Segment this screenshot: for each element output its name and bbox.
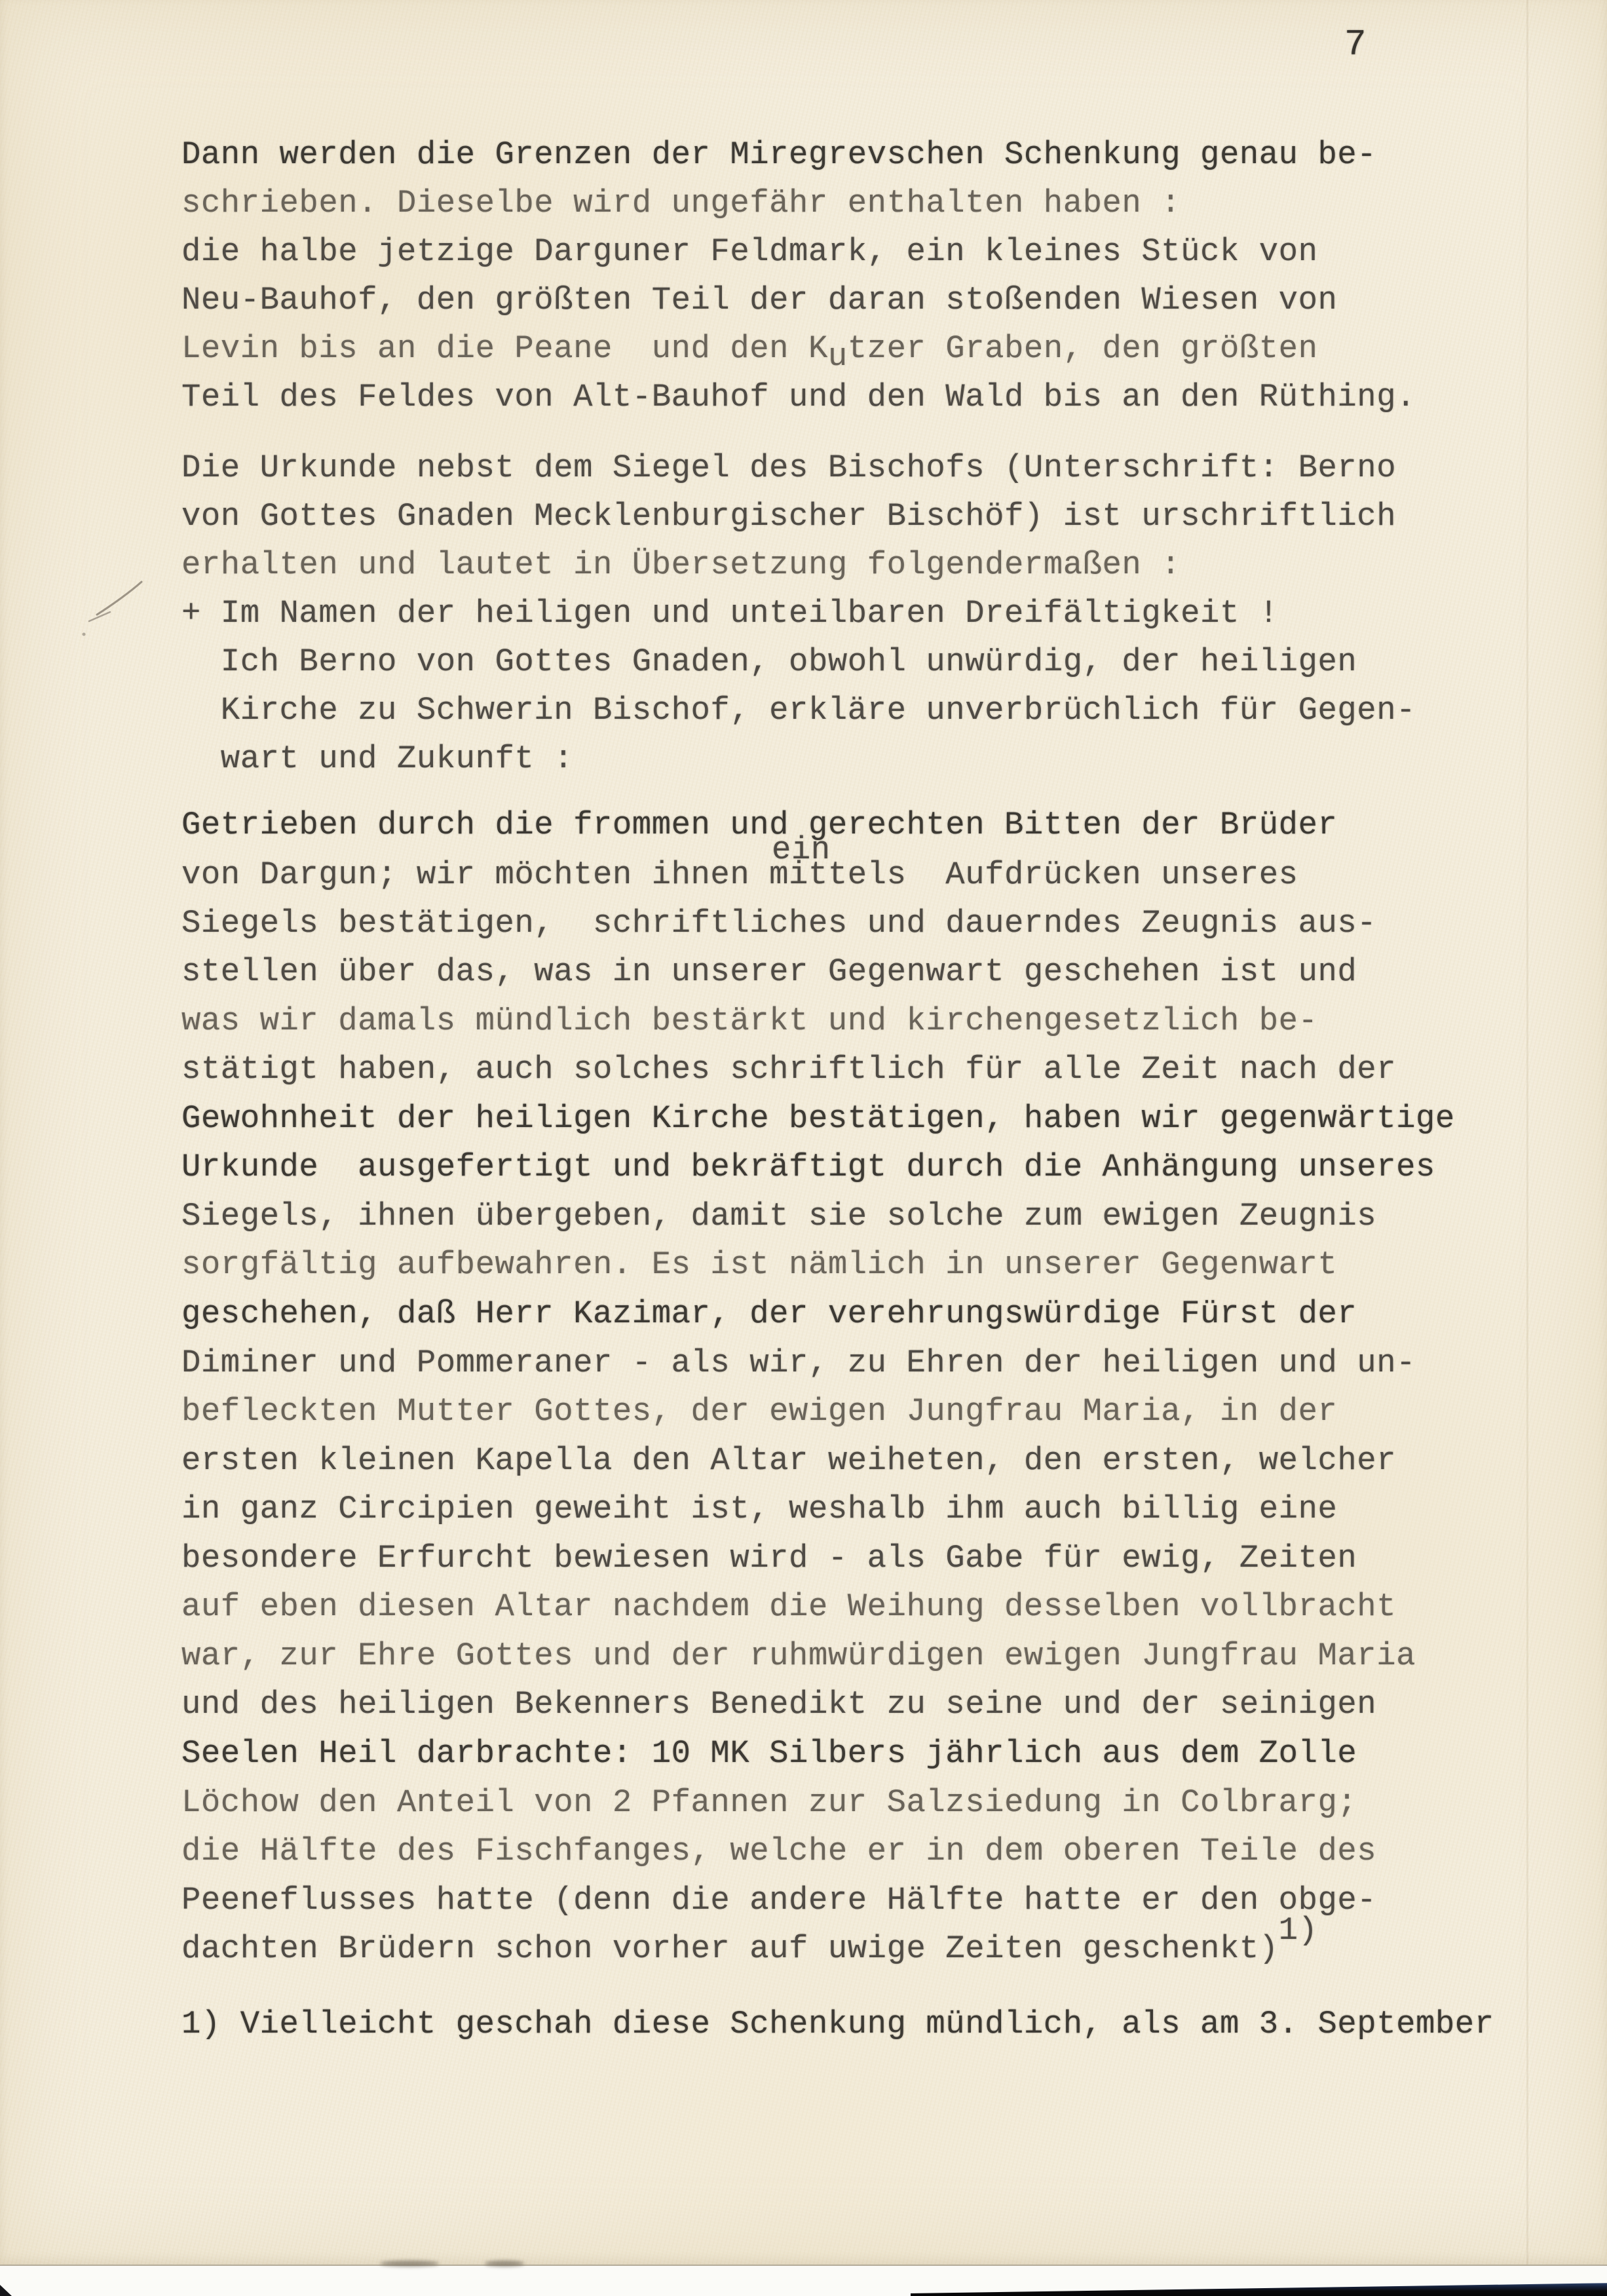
text-line: Gewohnheit der heiligen Kirche bestätige… xyxy=(181,1098,1455,1139)
text-line: in ganz Circipien geweiht ist, weshalb i… xyxy=(181,1489,1337,1529)
text-line: Siegels, ihnen übergeben, damit sie solc… xyxy=(181,1196,1376,1236)
paper-sheet: 7 Dann werden die Grenzen der Miregrevsc… xyxy=(0,0,1607,2266)
text-line: stätigt haben, auch solches schriftlich … xyxy=(181,1049,1396,1090)
text-line: geschehen, daß Herr Kazimar, der verehru… xyxy=(181,1293,1357,1334)
text-line: Dann werden die Grenzen der Miregrevsche… xyxy=(181,134,1376,175)
text-line: sorgfältig aufbewahren. Es ist nämlich i… xyxy=(181,1244,1337,1285)
text-line: Löchow den Anteil von 2 Pfannen zur Salz… xyxy=(181,1782,1357,1823)
text-line: dachten Brüdern schon vorher auf uwige Z… xyxy=(181,1928,1317,1969)
text-line: Teil des Feldes von Alt-Bauhof und den W… xyxy=(181,377,1416,417)
margin-pen-mark xyxy=(73,571,159,650)
paper-edge-smudge xyxy=(485,2261,524,2267)
text-line: Kirche zu Schwerin Bischof, erkläre unve… xyxy=(181,690,1416,731)
text-line: Peeneflusses hatte (denn die andere Hälf… xyxy=(181,1880,1376,1921)
line-segment: dachten Brüdern schon vorher auf uwige Z… xyxy=(181,1930,1279,1967)
text-line: von Dargun; wir möchten ihnen mittels Au… xyxy=(181,854,1298,895)
text-line: Seelen Heil darbrachte: 10 MK Silbers jä… xyxy=(181,1733,1357,1774)
text-line: Neu-Bauhof, den größten Teil der daran s… xyxy=(181,280,1337,320)
text-line: die Hälfte des Fischfanges, welche er in… xyxy=(181,1831,1376,1871)
line-segment: Levin bis an die Peane und den K xyxy=(181,330,828,367)
line-segment: tzer Graben, den größten xyxy=(848,330,1318,367)
text-line: Ich Berno von Gottes Gnaden, obwohl unwü… xyxy=(181,641,1357,682)
scanned-document: 7 Dann werden die Grenzen der Miregrevsc… xyxy=(0,0,1607,2296)
text-line: Getrieben durch die frommen und gerechte… xyxy=(181,805,1337,845)
text-line: auf eben diesen Altar nachdem die Weihun… xyxy=(181,1586,1396,1627)
footnote-reference: 1) xyxy=(1279,1912,1318,1949)
text-line: und des heiligen Bekenners Benedikt zu s… xyxy=(181,1684,1376,1725)
text-line: besondere Erfurcht bewiesen wird - als G… xyxy=(181,1538,1357,1578)
text-line: Diminer und Pommeraner - als wir, zu Ehr… xyxy=(181,1343,1416,1383)
text-line: Urkunde ausgefertigt und bekräftigt durc… xyxy=(181,1147,1435,1187)
text-line: die halbe jetzige Darguner Feldmark, ein… xyxy=(181,231,1317,272)
text-line: von Gottes Gnaden Mecklenburgischer Bisc… xyxy=(181,496,1396,537)
text-line: befleckten Mutter Gottes, der ewigen Jun… xyxy=(181,1391,1337,1432)
text-line: schrieben. Dieselbe wird ungefähr enthal… xyxy=(181,183,1181,223)
subscript-letter: u xyxy=(828,338,848,375)
paper-edge-smudge xyxy=(380,2261,439,2267)
text-line: Levin bis an die Peane und den Kutzer Gr… xyxy=(181,328,1317,369)
text-line: ersten kleinen Kapella den Altar weihete… xyxy=(181,1440,1396,1481)
text-line: war, zur Ehre Gottes und der ruhmwürdige… xyxy=(181,1636,1416,1676)
page-number: 7 xyxy=(1344,24,1367,66)
text-line: Siegels bestätigen, schriftliches und da… xyxy=(181,903,1376,944)
text-line: was wir damals mündlich bestärkt und kir… xyxy=(181,1001,1317,1041)
text-line: + Im Namen der heiligen und unteilbaren … xyxy=(181,593,1279,634)
footnote-line: 1) Vielleicht geschah diese Schenkung mü… xyxy=(181,2004,1494,2044)
text-line: wart und Zukunft : xyxy=(181,738,573,779)
text-line: erhalten und lautet in Übersetzung folge… xyxy=(181,545,1181,585)
text-line: Die Urkunde nebst dem Siegel des Bischof… xyxy=(181,448,1396,488)
paper-fold-line xyxy=(1526,0,1528,2265)
text-line: stellen über das, was in unserer Gegenwa… xyxy=(181,951,1357,992)
